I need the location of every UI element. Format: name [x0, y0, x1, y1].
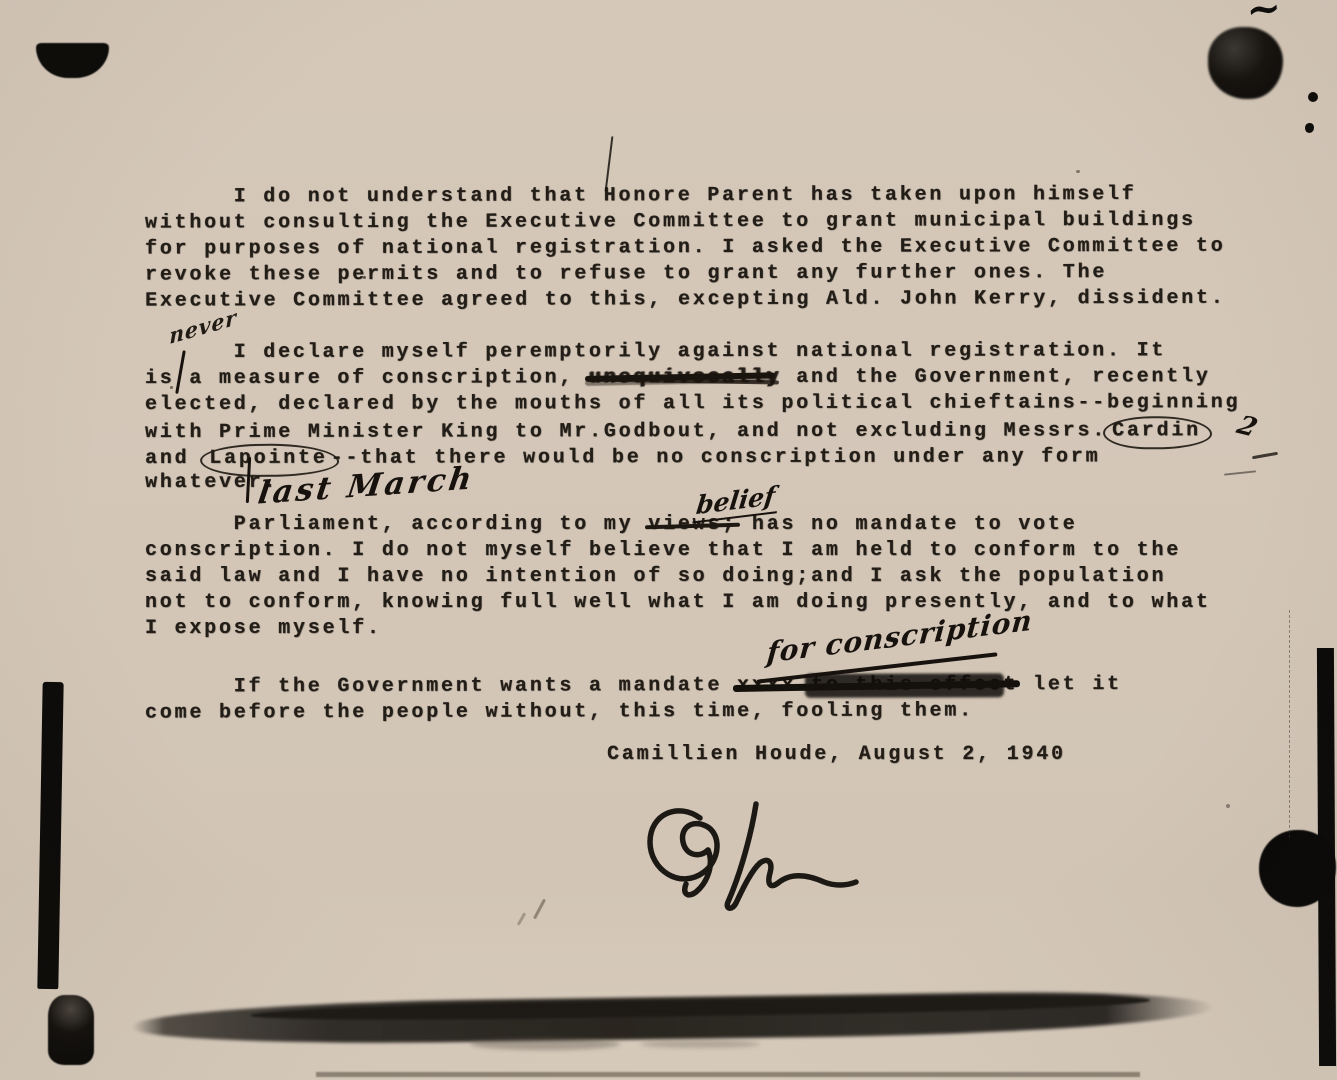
typed-line: I do not understand that Honore Parent h… — [145, 181, 1315, 210]
typed-line: with Prime Minister King to Mr.Godbout, … — [145, 416, 1315, 444]
typed-line: conscription. I do not myself believe th… — [145, 538, 1315, 564]
text-segment: Executive Committee agreed to this, exce… — [145, 286, 1226, 315]
paragraph-parliament-no-mandate: Parliament, according to my views; has n… — [145, 512, 1315, 642]
text-segment: conscription. I do not myself believe th… — [145, 538, 1181, 564]
typed-line: without consulting the Executive Committ… — [145, 207, 1315, 236]
typed-line: come before the people without, this tim… — [145, 697, 1315, 726]
typed-line: is a measure of conscription, unequivoca… — [145, 364, 1315, 392]
text-segment: Parliament, according to my — [145, 512, 648, 538]
scanned-document-page: I do not understand that Honore Parent h… — [0, 0, 1337, 1080]
typed-line: I declare myself peremptorily against na… — [145, 338, 1315, 366]
typed-line: elected, declared by the mouths of all i… — [145, 390, 1315, 418]
text-segment: said law and I have no intention of so d… — [145, 564, 1166, 590]
text-segment: with Prime Minister King to Mr.Godbout, … — [145, 418, 1107, 446]
typed-line: Executive Committee agreed to this, exce… — [145, 285, 1315, 314]
text-segment: I declare myself peremptorily against na… — [145, 338, 1166, 366]
struck-word-unequivocally: unequivocally — [589, 365, 781, 391]
text-segment: revoke these permits and to refuse to gr… — [145, 260, 1107, 289]
signature-monogram-ch — [638, 798, 868, 918]
text-segment: let it — [1018, 672, 1122, 698]
typed-line: revoke these permits and to refuse to gr… — [145, 259, 1315, 288]
typed-line: not to conform, knowing full well what I… — [145, 590, 1315, 616]
typed-line: I expose myself. — [145, 616, 1315, 642]
text-segment: I do not understand that Honore Parent h… — [145, 182, 1137, 211]
typed-line: said law and I have no intention of so d… — [145, 564, 1315, 590]
text-segment: elected, declared by the mouths of all i… — [145, 390, 1240, 418]
typed-line: If the Government wants a mandate xxxx t… — [145, 671, 1315, 700]
text-segment: and the Government, recently — [781, 364, 1210, 391]
text-segment: I expose myself. — [145, 616, 382, 642]
byline-author-date: Camillien Houde, August 2, 1940 — [607, 743, 1066, 766]
text-segment: not to conform, knowing full well what I… — [145, 590, 1211, 616]
text-segment: without consulting the Executive Committ… — [145, 208, 1196, 237]
typed-line: for purposes of national registration. I… — [145, 233, 1315, 262]
text-segment: If the Government wants a mandate — [145, 673, 737, 701]
text-segment: and — [145, 446, 204, 472]
text-segment: has no mandate to vote — [737, 512, 1077, 538]
handwritten-corner-squiggle: ~ — [1244, 0, 1284, 35]
typed-text-block: I do not understand that Honore Parent h… — [0, 0, 1337, 1080]
circled-name-cardin: Cardin — [1103, 416, 1212, 449]
text-segment: come before the people without, this tim… — [145, 698, 974, 726]
text-segment: for purposes of national registration. I… — [145, 234, 1226, 263]
paragraph-registration-permits: I do not understand that Honore Parent h… — [145, 181, 1315, 314]
paragraph-government-mandate: If the Government wants a mandate xxxx t… — [145, 671, 1315, 726]
text-segment: is a measure of conscription, — [145, 365, 589, 392]
